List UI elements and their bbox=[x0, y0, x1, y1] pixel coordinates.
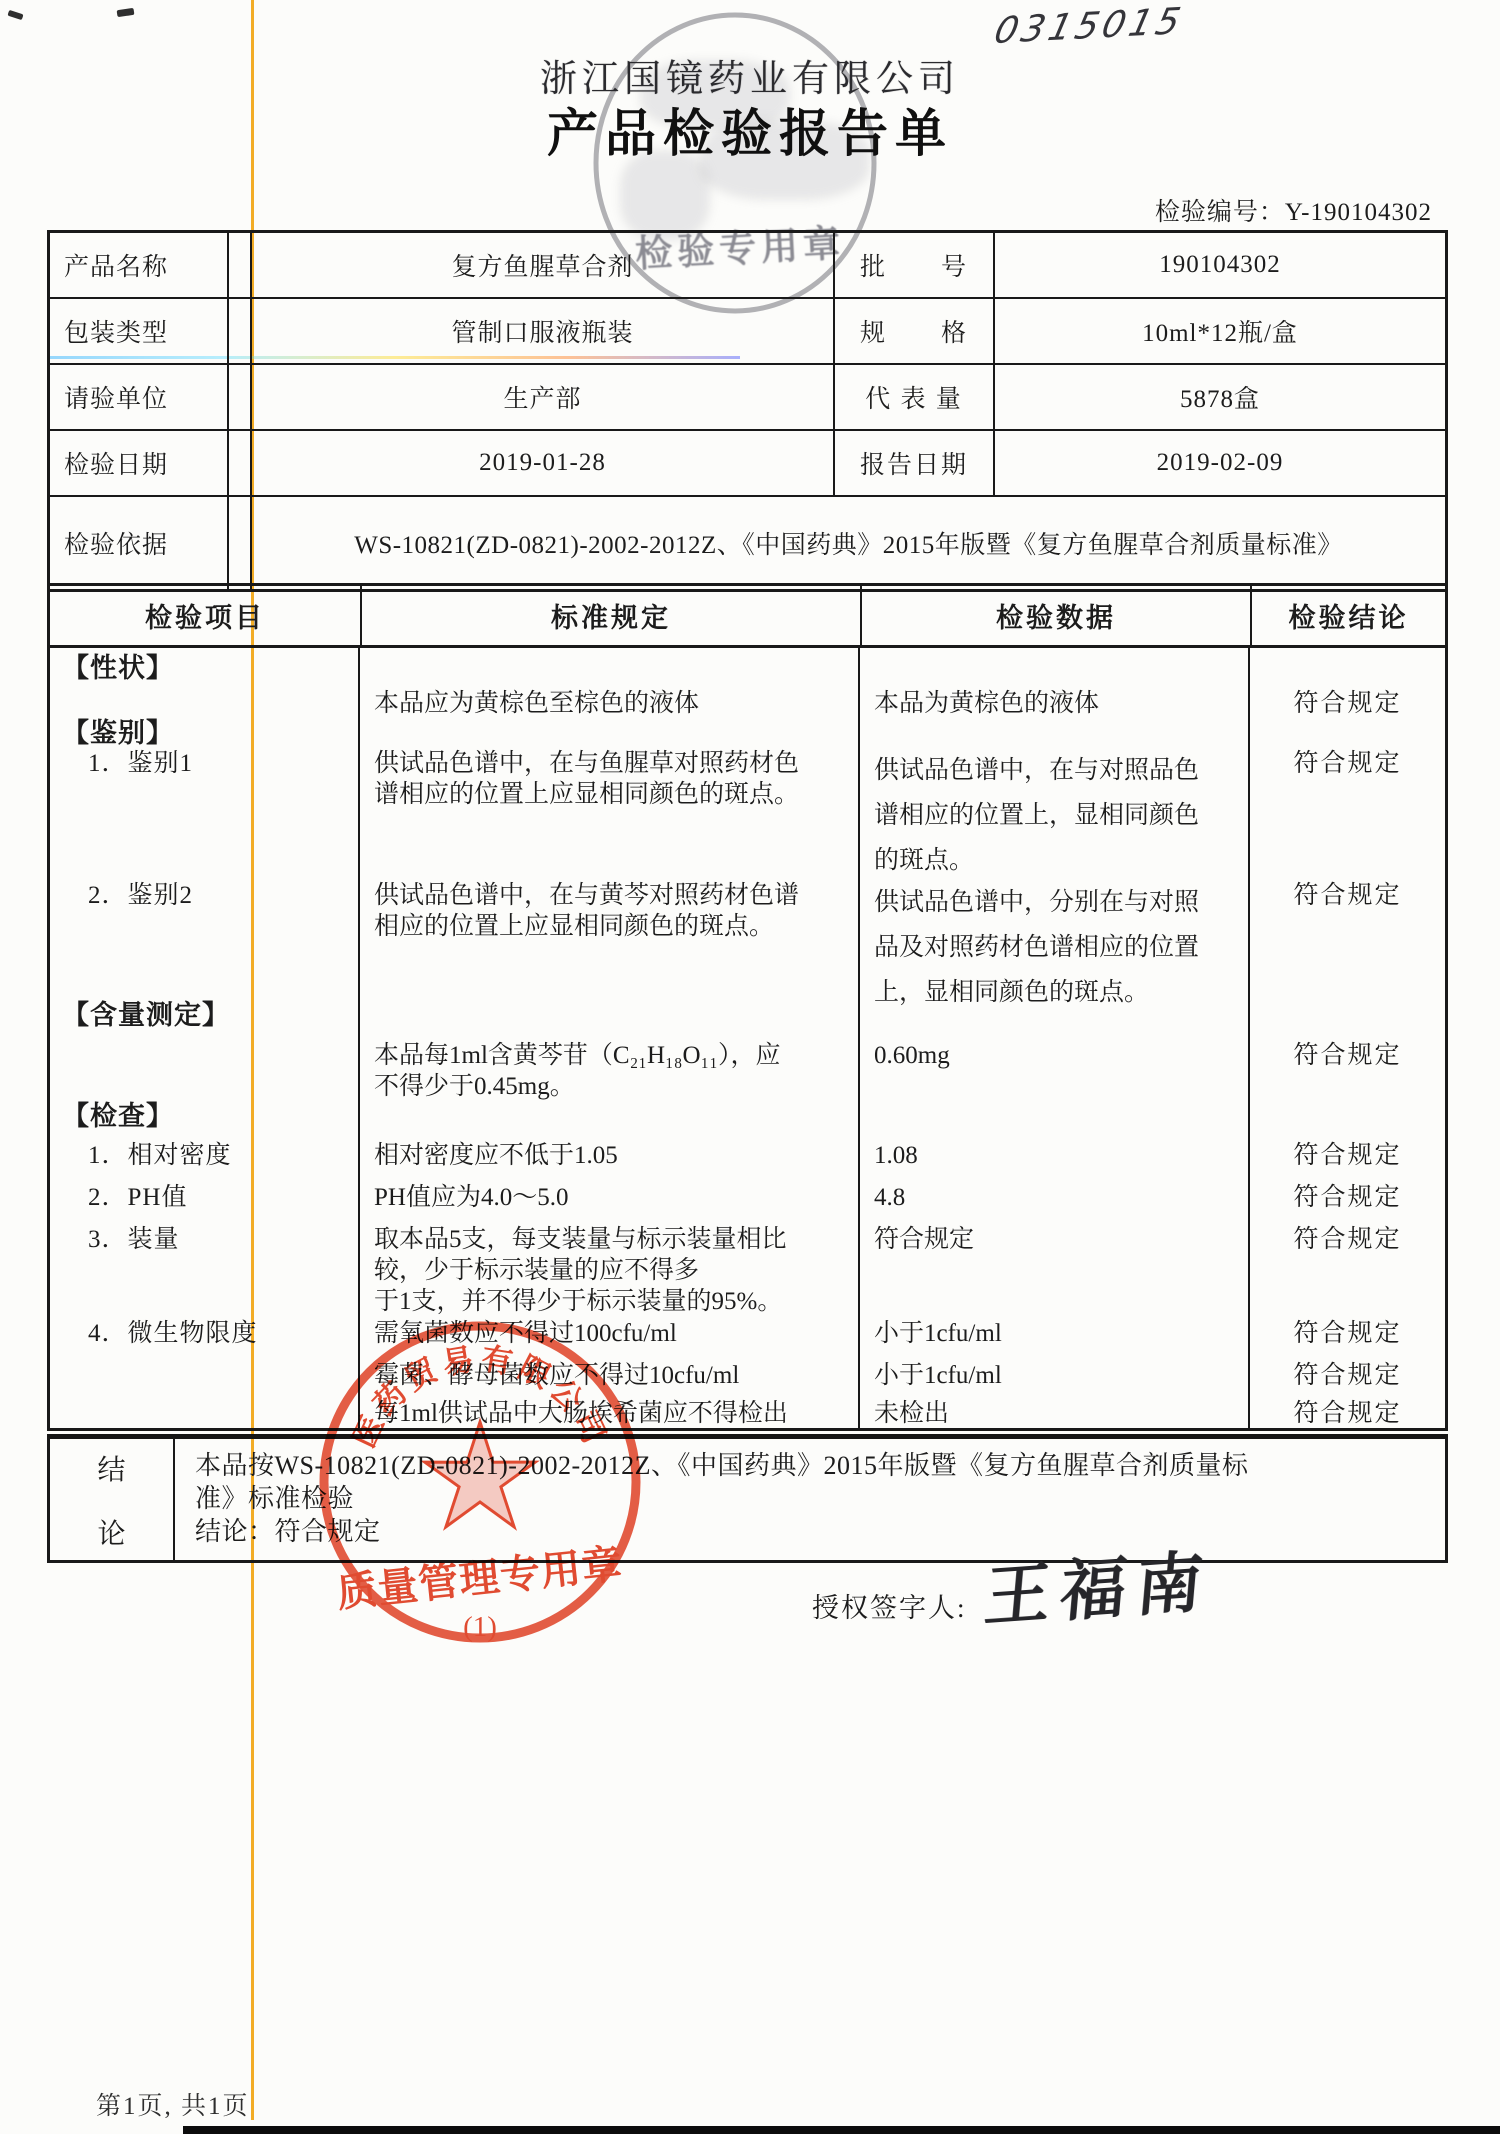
item-standard: 取本品5支，每支装量与标示装量相比 较，少于标示装量的应不得多 于1支，并不得少… bbox=[360, 1224, 860, 1317]
item-result: 符合规定 bbox=[1250, 1040, 1445, 1071]
row-value2: 2019-02-09 bbox=[993, 431, 1445, 495]
item-standard: 本品应为黄棕色至棕色的液体 bbox=[360, 688, 860, 719]
table-row: 产品名称 复方鱼腥草合剂 批 号 190104302 bbox=[50, 233, 1445, 297]
item-data: 未检出 bbox=[860, 1398, 1250, 1429]
conclusion-row: 结 论 本品按WS-10821(ZD-0821)-2002-2012Z、《中国药… bbox=[47, 1434, 1448, 1563]
row-value: 2019-01-28 bbox=[250, 431, 833, 495]
stamp-star-icon bbox=[425, 1422, 535, 1527]
table-row: 霉菌、酵母菌数应不得过10cfu/ml 小于1cfu/ml 符合规定 bbox=[50, 1360, 1445, 1391]
table-row: 包装类型 管制口服液瓶装 规 格 10ml*12瓶/盒 bbox=[50, 297, 1445, 363]
table-row: 本品每1ml含黄芩苷（C₂₁H₁₈O₁₁），应 不得少于0.45mg。 0.60… bbox=[50, 1040, 1445, 1102]
table-row: 2．鉴别2 供试品色谱中，在与黄芩对照药材色谱 相应的位置上应显相同颜色的斑点。… bbox=[50, 880, 1445, 1015]
report-number-value: Y-190104302 bbox=[1285, 199, 1432, 226]
items-table-header: 检验项目 标准规定 检验数据 检验结论 bbox=[47, 583, 1448, 648]
item-data: 符合规定 bbox=[860, 1224, 1250, 1255]
row-value2: 190104302 bbox=[993, 233, 1445, 297]
page-title: 产品检验报告单 bbox=[0, 92, 1500, 166]
row-value: 复方鱼腥草合剂 bbox=[250, 233, 833, 297]
items-table-body: 【性状】 本品应为黄棕色至棕色的液体 本品为黄棕色的液体 符合规定 【鉴别】 1… bbox=[47, 645, 1448, 1431]
section-heading: 【鉴别】 bbox=[50, 718, 360, 749]
item-result: 符合规定 bbox=[1250, 748, 1445, 779]
item-result: 符合规定 bbox=[1250, 1318, 1445, 1349]
row-value2: 10ml*12瓶/盒 bbox=[993, 299, 1445, 363]
item-data: 供试品色谱中，分别在与对照 品及对照药材色谱相应的位置 上，显相同颜色的斑点。 bbox=[860, 880, 1250, 1015]
stamp-number-text: (1) bbox=[463, 1611, 497, 1643]
column-header: 检验数据 bbox=[860, 586, 1250, 645]
item-result: 符合规定 bbox=[1250, 688, 1445, 719]
section-heading: 【性状】 bbox=[50, 653, 360, 684]
basis-label: 检验依据 bbox=[50, 497, 227, 589]
quality-management-stamp-seal: 医药贸易有限公司 质量管理专用章 (1) bbox=[312, 1312, 652, 1657]
item-result: 符合规定 bbox=[1250, 1360, 1445, 1391]
spacer-cell bbox=[227, 431, 250, 495]
conclusion-label-char: 论 bbox=[97, 1512, 125, 1552]
section-heading-row: 【含量测定】 bbox=[50, 1000, 1445, 1031]
item-standard: 本品每1ml含黄芩苷（C₂₁H₁₈O₁₁），应 不得少于0.45mg。 bbox=[360, 1040, 860, 1102]
scan-edge-bar bbox=[183, 2126, 1500, 2134]
item-data: 供试品色谱中，在与对照品色 谱相应的位置上，显相同颜色 的斑点。 bbox=[860, 748, 1250, 883]
item-name: 2．PH值 bbox=[50, 1182, 360, 1213]
spacer-cell bbox=[227, 233, 250, 297]
row-label: 请验单位 bbox=[50, 365, 227, 429]
inspection-report-page: 0315015 检验专用章 浙江国镜药业有限公司 产品检验报告单 检验编号：Y-… bbox=[0, 0, 1500, 2134]
column-header: 标准规定 bbox=[360, 586, 860, 645]
conclusion-label: 结 论 bbox=[50, 1439, 175, 1560]
basis-value: WS-10821(ZD-0821)-2002-2012Z、《中国药典》2015年… bbox=[250, 497, 1445, 589]
section-heading: 【检查】 bbox=[50, 1101, 360, 1132]
row-value2: 5878盒 bbox=[993, 365, 1445, 429]
item-data: 本品为黄棕色的液体 bbox=[860, 688, 1250, 719]
row-label: 检验日期 bbox=[50, 431, 227, 495]
item-standard: 供试品色谱中，在与黄芩对照药材色谱 相应的位置上应显相同颜色的斑点。 bbox=[360, 880, 860, 942]
section-heading-row: 【检查】 bbox=[50, 1101, 1445, 1132]
row-label2: 规 格 bbox=[833, 299, 993, 363]
item-result: 符合规定 bbox=[1250, 1140, 1445, 1171]
column-header: 检验结论 bbox=[1250, 586, 1445, 645]
table-row: 每1ml供试品中大肠埃希菌应不得检出 未检出 符合规定 bbox=[50, 1398, 1445, 1429]
item-data: 小于1cfu/ml bbox=[860, 1360, 1250, 1391]
item-result: 符合规定 bbox=[1250, 1398, 1445, 1429]
item-data: 小于1cfu/ml bbox=[860, 1318, 1250, 1349]
page-number-footer: 第1页, 共1页 bbox=[96, 2086, 250, 2122]
signature-handwriting: 王福南 bbox=[981, 1528, 1217, 1640]
row-value: 生产部 bbox=[250, 365, 833, 429]
section-heading-row: 【性状】 bbox=[50, 653, 1445, 684]
row-label2: 代 表 量 bbox=[833, 365, 993, 429]
item-result: 符合规定 bbox=[1250, 1182, 1445, 1213]
item-standard: 供试品色谱中，在与鱼腥草对照药材色 谱相应的位置上应显相同颜色的斑点。 bbox=[360, 748, 860, 810]
spacer-cell bbox=[227, 497, 250, 589]
item-name: 1．相对密度 bbox=[50, 1140, 360, 1171]
row-label2: 批 号 bbox=[833, 233, 993, 297]
row-label: 包装类型 bbox=[50, 299, 227, 363]
report-number-line: 检验编号：Y-190104302 bbox=[0, 192, 1432, 228]
table-row: 4．微生物限度 需氧菌数应不得过100cfu/ml 小于1cfu/ml 符合规定 bbox=[50, 1318, 1445, 1349]
section-heading: 【含量测定】 bbox=[50, 1000, 360, 1031]
column-header: 检验项目 bbox=[50, 586, 360, 645]
table-row: 本品应为黄棕色至棕色的液体 本品为黄棕色的液体 符合规定 bbox=[50, 688, 1445, 719]
item-name: 1．鉴别1 bbox=[50, 748, 360, 779]
table-row: 检验日期 2019-01-28 报告日期 2019-02-09 bbox=[50, 429, 1445, 495]
report-number-label: 检验编号： bbox=[1155, 199, 1285, 226]
row-value: 管制口服液瓶装 bbox=[250, 299, 833, 363]
spacer-cell bbox=[227, 365, 250, 429]
table-row: 2．PH值 PH值应为4.0～5.0 4.8 符合规定 bbox=[50, 1182, 1445, 1213]
item-result: 符合规定 bbox=[1250, 880, 1445, 911]
handwritten-number: 0315015 bbox=[990, 1, 1188, 52]
product-info-table: 产品名称 复方鱼腥草合剂 批 号 190104302 包装类型 管制口服液瓶装 … bbox=[47, 230, 1448, 592]
section-heading-row: 【鉴别】 bbox=[50, 718, 1445, 749]
table-row: 1．相对密度 相对密度应不低于1.05 1.08 符合规定 bbox=[50, 1140, 1445, 1171]
item-data: 4.8 bbox=[860, 1182, 1250, 1213]
conclusion-label-char: 结 bbox=[97, 1448, 125, 1488]
authorized-signer-label: 授权签字人: bbox=[812, 1586, 967, 1625]
item-standard: PH值应为4.0～5.0 bbox=[360, 1182, 860, 1213]
item-standard: 相对密度应不低于1.05 bbox=[360, 1140, 860, 1171]
scan-speck bbox=[117, 8, 135, 17]
scan-speck bbox=[7, 10, 23, 20]
item-result: 符合规定 bbox=[1250, 1224, 1445, 1255]
item-name: 2．鉴别2 bbox=[50, 880, 360, 911]
spacer-cell bbox=[227, 299, 250, 363]
item-data: 0.60mg bbox=[860, 1040, 1250, 1071]
row-label2: 报告日期 bbox=[833, 431, 993, 495]
table-row: 3．装量 取本品5支，每支装量与标示装量相比 较，少于标示装量的应不得多 于1支… bbox=[50, 1224, 1445, 1317]
table-row: 请验单位 生产部 代 表 量 5878盒 bbox=[50, 363, 1445, 429]
row-label: 产品名称 bbox=[50, 233, 227, 297]
item-name: 3．装量 bbox=[50, 1224, 360, 1255]
inspection-basis-row: 检验依据 WS-10821(ZD-0821)-2002-2012Z、《中国药典》… bbox=[50, 495, 1445, 589]
item-data: 1.08 bbox=[860, 1140, 1250, 1171]
table-row: 1．鉴别1 供试品色谱中，在与鱼腥草对照药材色 谱相应的位置上应显相同颜色的斑点… bbox=[50, 748, 1445, 883]
